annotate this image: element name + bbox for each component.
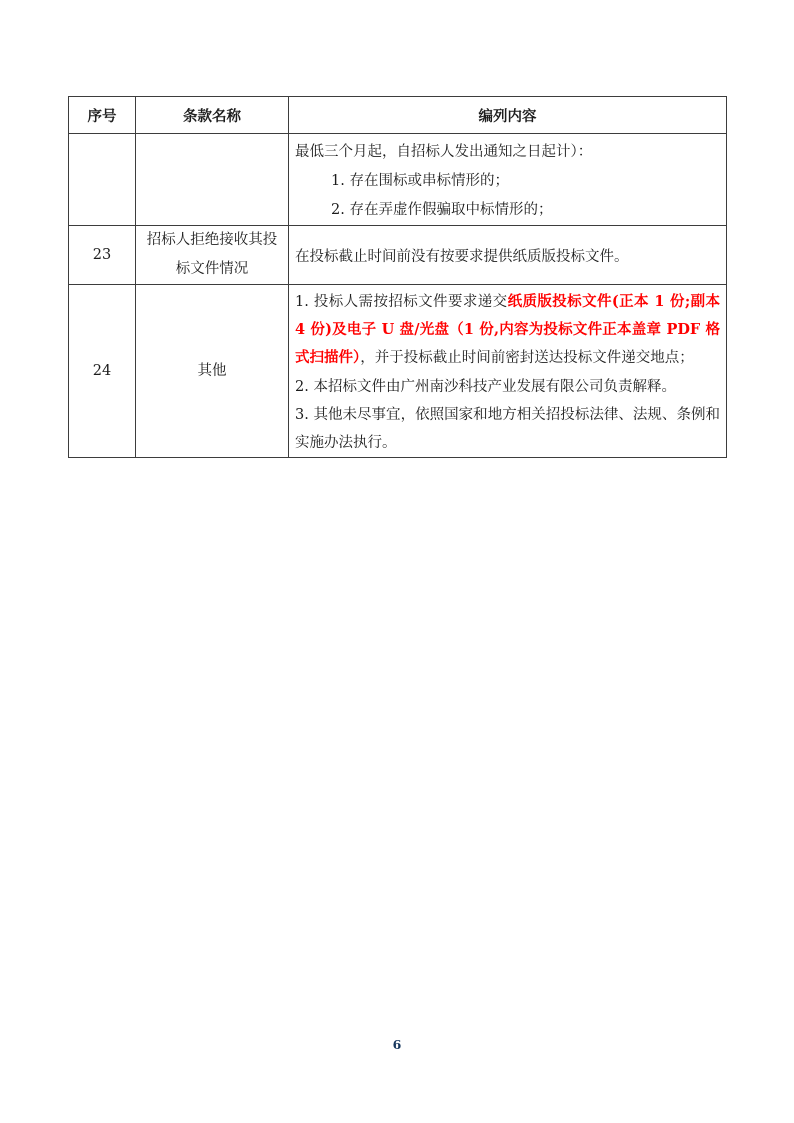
table-row-24: 24 其他 1. 投标人需按招标文件要求递交纸质版投标文件(正本 1 份;副本 … [69, 285, 727, 458]
row24-item-2: 2. 本招标文件由广州南沙科技产业发展有限公司负责解释。 [295, 373, 720, 401]
document-page: 序号 条款名称 编列内容 最低三个月起，自招标人发出通知之日起计）： 1. 存在… [0, 0, 794, 1123]
cell-name-23: 招标人拒绝接收其投标文件情况 [136, 226, 289, 285]
cell-name-empty [136, 134, 289, 226]
cell-no-24: 24 [69, 285, 136, 458]
cell-no-23: 23 [69, 226, 136, 285]
carryover-line-3: 2. 存在弄虚作假骗取中标情形的； [295, 196, 720, 225]
table-header-row: 序号 条款名称 编列内容 [69, 97, 727, 134]
table-row-23: 23 招标人拒绝接收其投标文件情况 在投标截止时间前没有按要求提供纸质版投标文件… [69, 226, 727, 285]
row24-item-1: 1. 投标人需按招标文件要求递交纸质版投标文件(正本 1 份;副本 4 份)及电… [295, 288, 720, 373]
cell-content-24: 1. 投标人需按招标文件要求递交纸质版投标文件(正本 1 份;副本 4 份)及电… [289, 285, 727, 458]
row24-item1-suffix: ，并于投标截止时间前密封送达投标文件递交地点； [360, 350, 694, 366]
row24-item-3: 3. 其他未尽事宜，依照国家和地方相关招投标法律、法规、条例和实施办法执行。 [295, 401, 720, 457]
cell-name-24: 其他 [136, 285, 289, 458]
carryover-line-2: 1. 存在围标或串标情形的； [295, 167, 720, 196]
header-cell-name: 条款名称 [136, 97, 289, 134]
cell-no-empty [69, 134, 136, 226]
table-row-carryover: 最低三个月起，自招标人发出通知之日起计）： 1. 存在围标或串标情形的； 2. … [69, 134, 727, 226]
carryover-line-1: 最低三个月起，自招标人发出通知之日起计）： [295, 138, 720, 167]
cell-content-23: 在投标截止时间前没有按要求提供纸质版投标文件。 [289, 226, 727, 285]
cell-content-carryover: 最低三个月起，自招标人发出通知之日起计）： 1. 存在围标或串标情形的； 2. … [289, 134, 727, 226]
page-number: 6 [0, 1037, 794, 1052]
header-cell-no: 序号 [69, 97, 136, 134]
header-cell-content: 编列内容 [289, 97, 727, 134]
row24-item1-prefix: 1. 投标人需按招标文件要求递交 [295, 294, 508, 310]
clause-table: 序号 条款名称 编列内容 最低三个月起，自招标人发出通知之日起计）： 1. 存在… [68, 96, 727, 458]
